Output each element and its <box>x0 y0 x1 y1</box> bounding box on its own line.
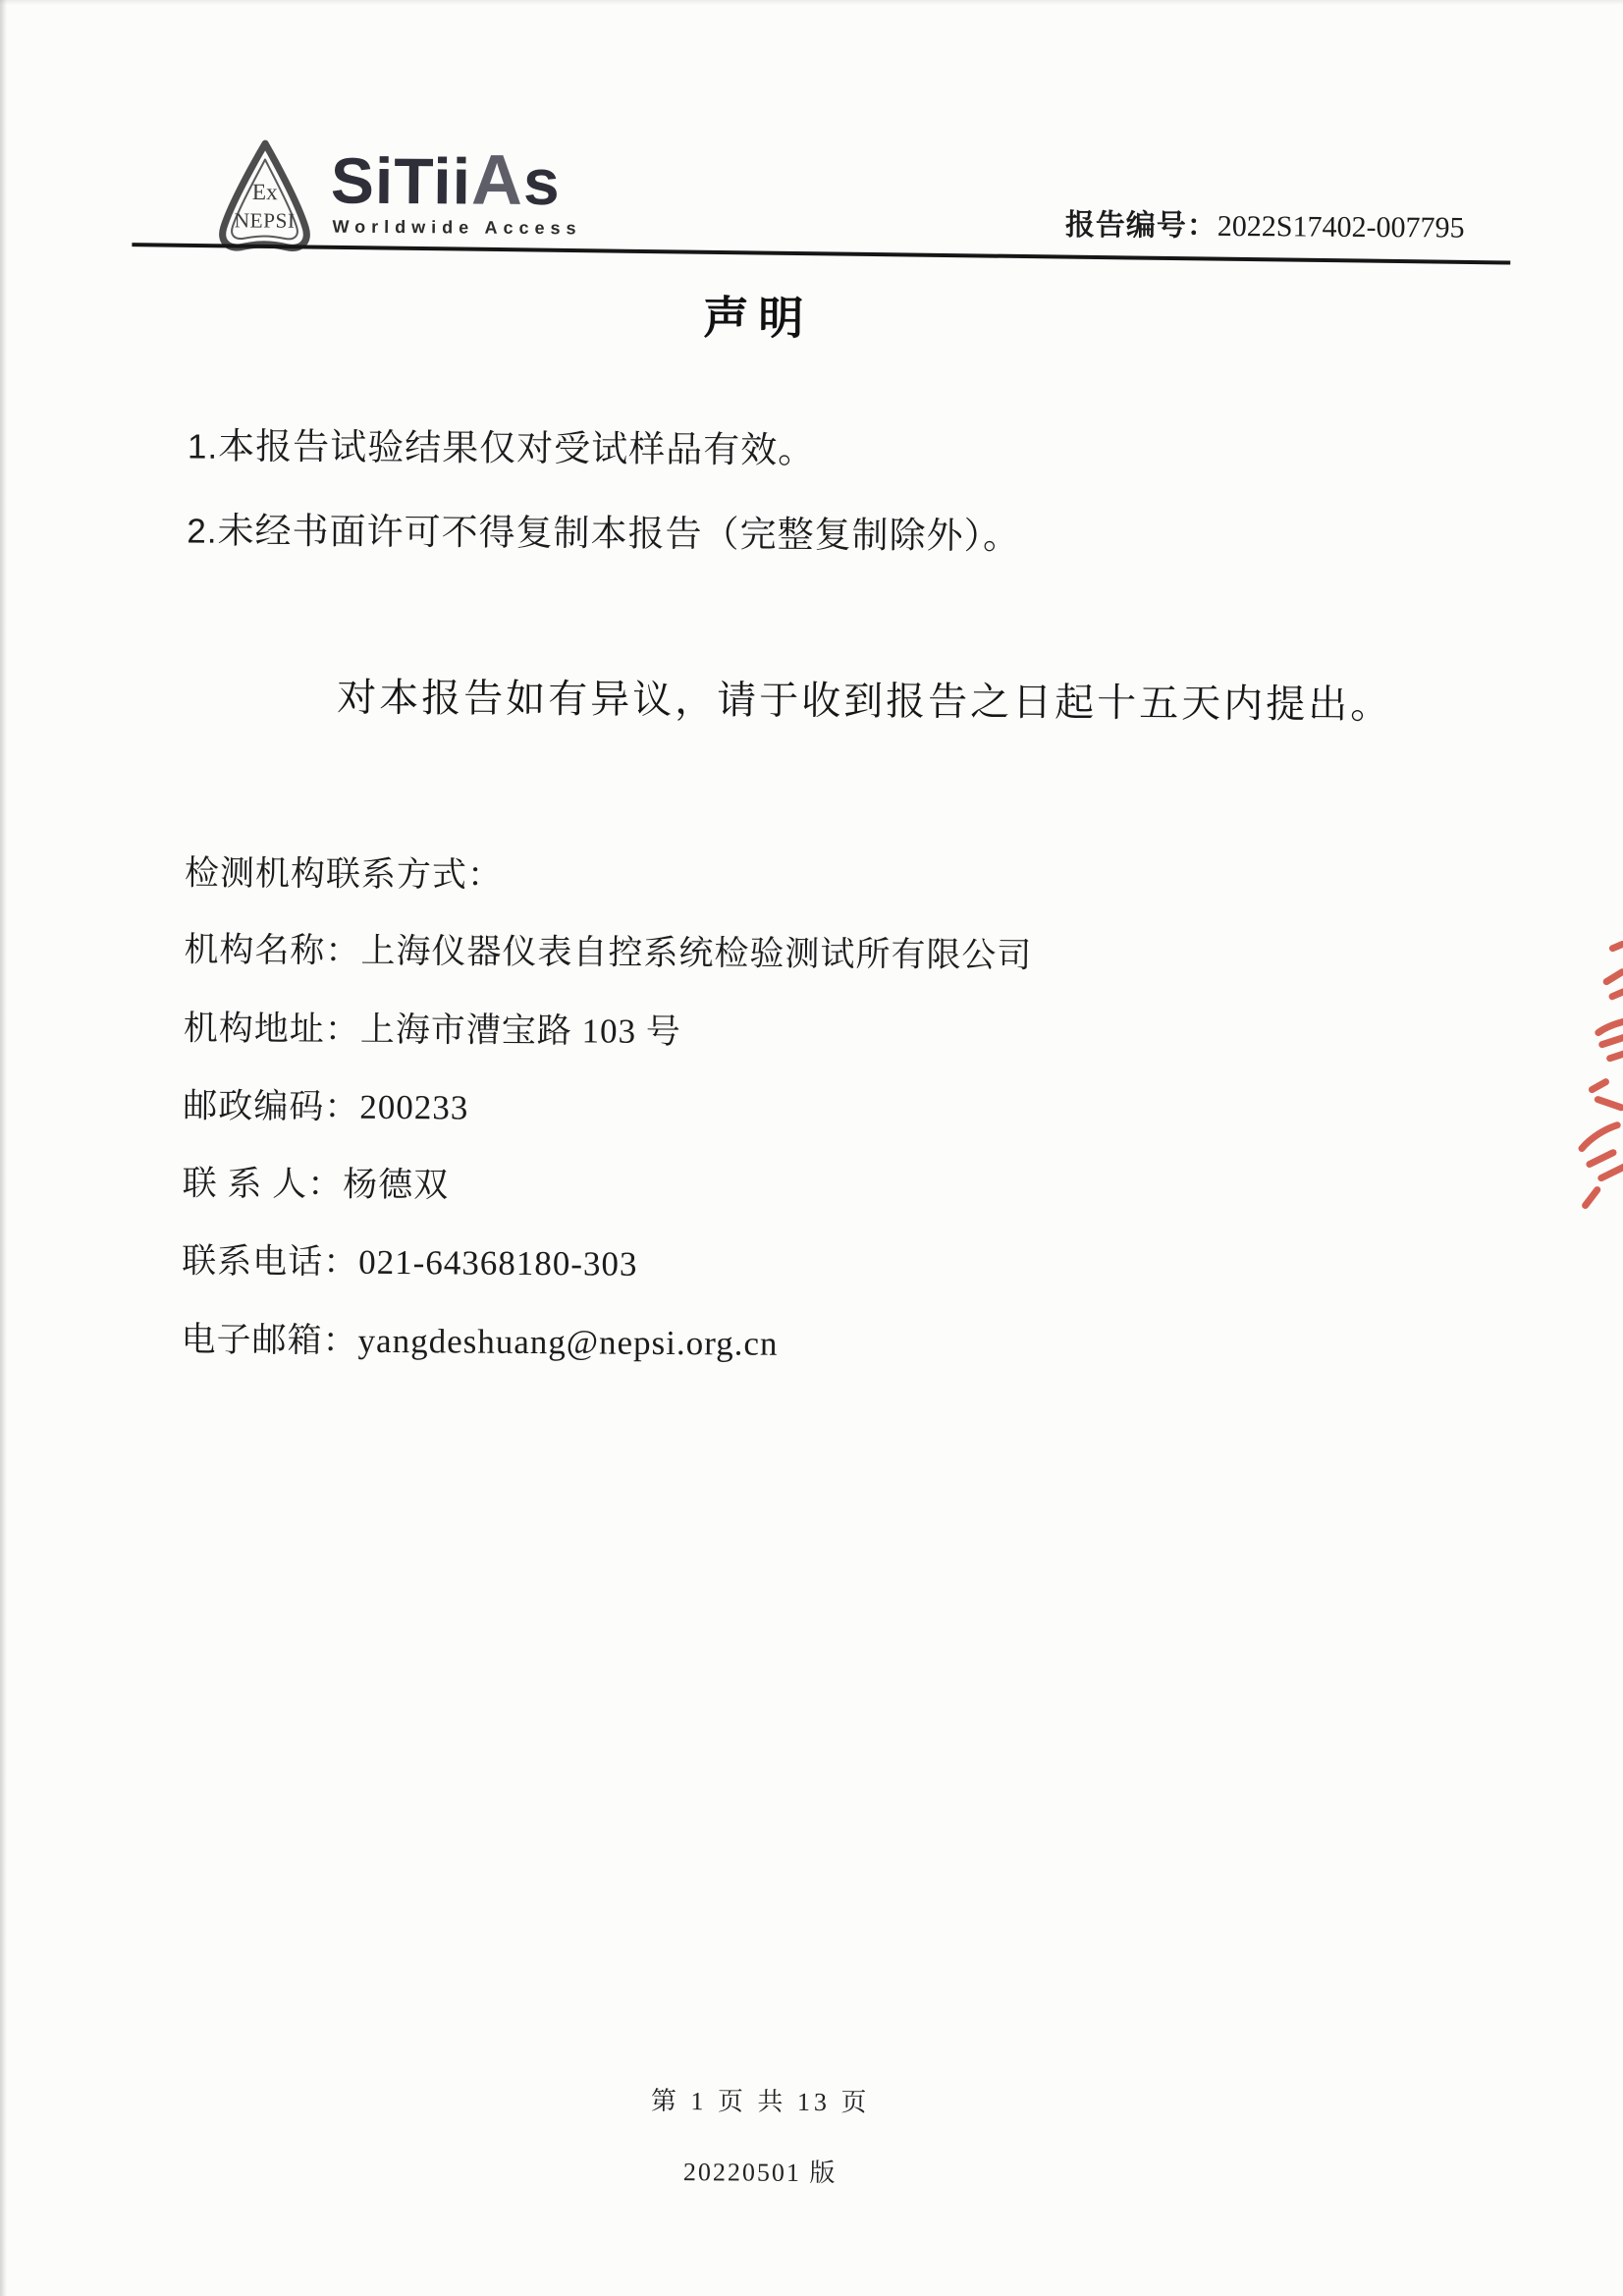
contact-heading: 检测机构联系方式： <box>185 847 503 898</box>
report-number-label: 报告编号： <box>1065 209 1217 243</box>
page-content: Ex NEPSI SiTiiAs Worldwide Access 报告编号：2… <box>0 0 1623 2296</box>
contact-value: 杨德双 <box>343 1166 449 1205</box>
contact-value: 021-64368180-303 <box>358 1243 638 1284</box>
contact-label: 机构地址： <box>184 1010 360 1049</box>
brand-text-left: SiTii <box>331 144 472 218</box>
contact-value: yangdeshuang@nepsi.org.cn <box>357 1322 778 1363</box>
brand-text-right: s <box>523 145 561 218</box>
statement-1-number: 1. <box>188 428 218 466</box>
page-number-info: 第 1 页 共 13 页 <box>0 2076 1528 2123</box>
triangle-badge-icon: Ex NEPSI <box>208 136 321 260</box>
template-version: 20220501 版 <box>0 2147 1528 2194</box>
report-number-value: 2022S17402-007795 <box>1217 210 1465 245</box>
contact-row-email: 电子邮箱：yangdeshuang@nepsi.org.cn <box>181 1313 778 1366</box>
report-number: 报告编号：2022S17402-007795 <box>1065 200 1465 246</box>
statement-2-text: 未经书面许可不得复制本报告（完整复制除外）。 <box>217 512 1020 558</box>
contact-row-org-address: 机构地址：上海市漕宝路 103 号 <box>184 1002 681 1055</box>
contact-label: 电子邮箱： <box>181 1321 357 1360</box>
badge-ex-text: Ex <box>252 180 278 205</box>
objection-notice: 对本报告如有异议，请于收到报告之日起十五天内提出。 <box>337 667 1392 731</box>
nepsi-ex-badge-logo: Ex NEPSI <box>208 136 321 260</box>
contact-row-postal-code: 邮政编码：200233 <box>183 1079 468 1130</box>
sitiias-logo: SiTiiAs <box>331 140 561 221</box>
header-divider <box>132 243 1510 264</box>
contact-row-contact-person: 联 系 人：杨德双 <box>183 1157 450 1208</box>
statement-2-number: 2. <box>187 513 217 551</box>
statement-1-text: 本报告试验结果仅对受试样品有效。 <box>218 427 815 471</box>
contact-value: 上海市漕宝路 103 号 <box>360 1011 681 1051</box>
red-seal-fragment-icon <box>1559 940 1623 1254</box>
contact-label: 邮政编码： <box>183 1087 359 1126</box>
page-title: 声明 <box>6 277 1511 353</box>
badge-nepsi-text: NEPSI <box>235 208 296 232</box>
brand-tagline: Worldwide Access <box>332 217 581 240</box>
statement-2: 2.未经书面许可不得复制本报告（完整复制除外）。 <box>187 501 1020 560</box>
contact-value: 200233 <box>359 1088 468 1127</box>
brand-letter-a: A <box>471 141 524 220</box>
contact-label: 联系电话： <box>182 1242 358 1282</box>
contact-row-org-name: 机构名称：上海仪器仪表自控系统检验测试所有限公司 <box>184 923 1032 978</box>
contact-label: 联 系 人： <box>183 1165 344 1204</box>
contact-value: 上海仪器仪表自控系统检验测试所有限公司 <box>360 932 1032 975</box>
contact-label: 机构名称： <box>184 931 360 970</box>
statement-1: 1.本报告试验结果仅对受试样品有效。 <box>188 416 816 473</box>
contact-row-phone: 联系电话：021-64368180-303 <box>182 1234 638 1286</box>
report-declaration-page: Ex NEPSI SiTiiAs Worldwide Access 报告编号：2… <box>0 0 1623 2296</box>
